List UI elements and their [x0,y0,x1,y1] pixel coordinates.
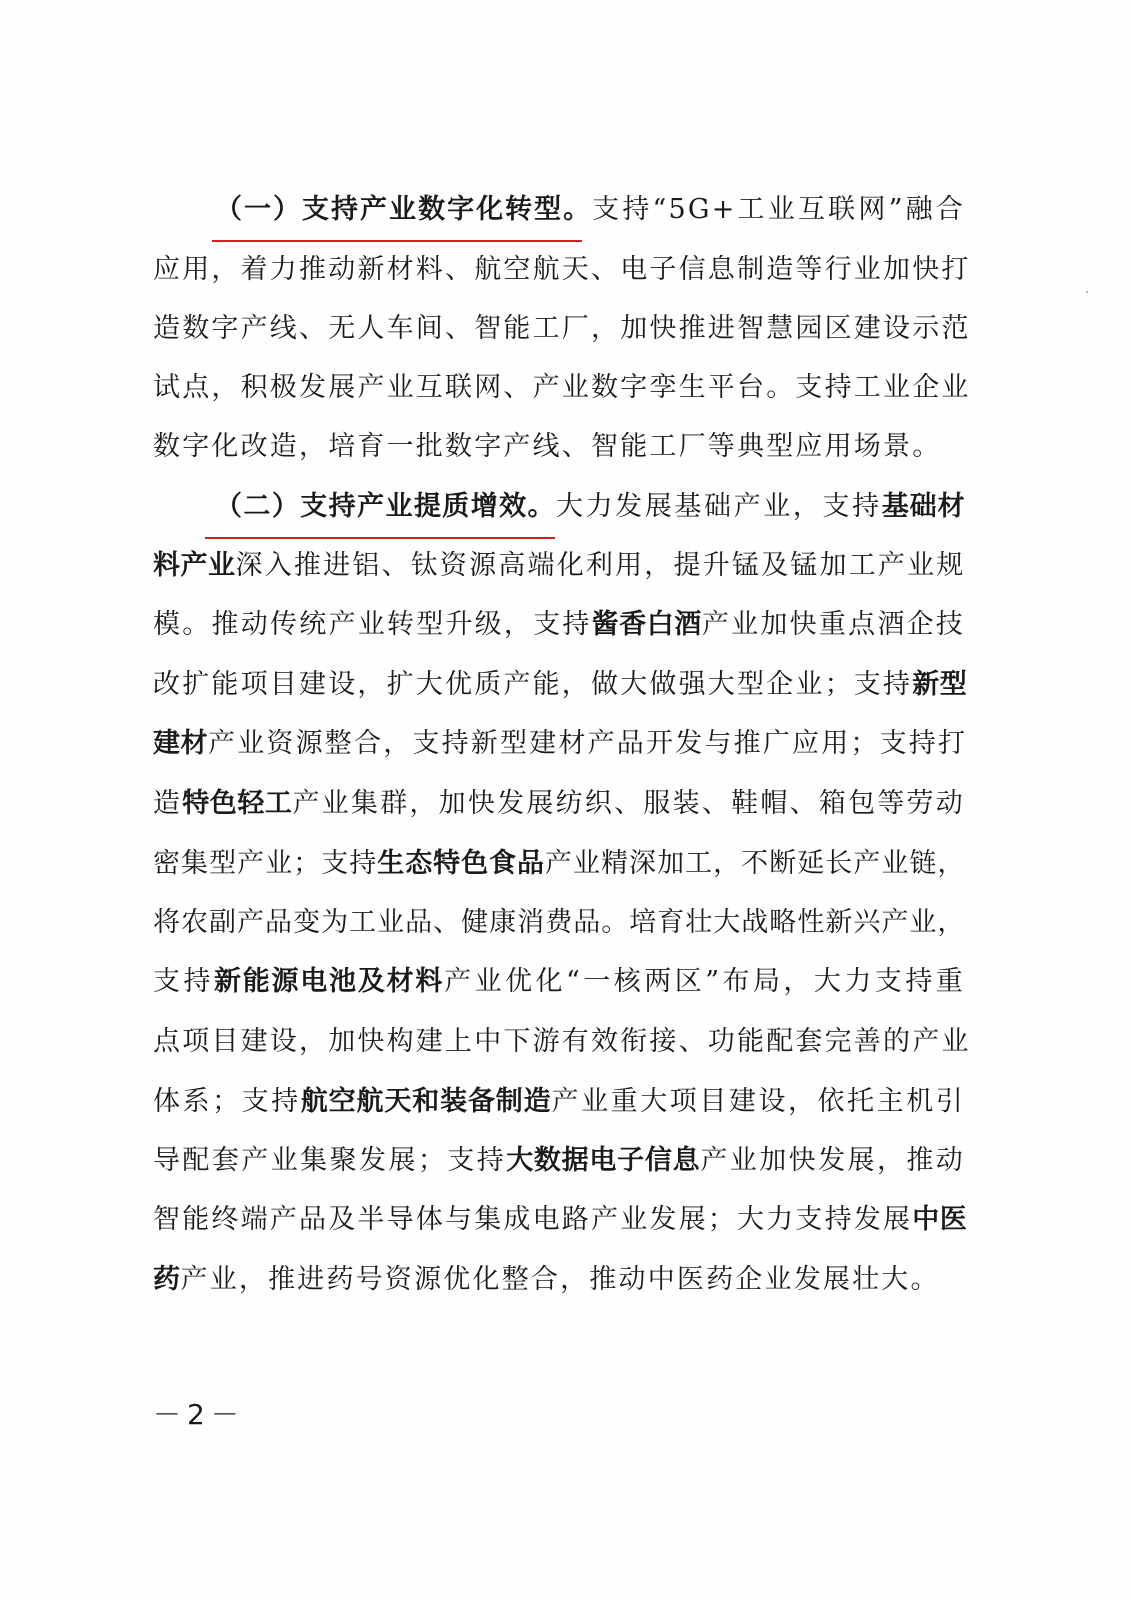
section2-line-10: 点项目建设，加快构建上中下游有效衔接、功能配套完善的产业 [153,1020,965,1064]
scan-speck [1086,291,1088,293]
section2-line-13: 智能终端产品及半导体与集成电路产业发展；大力支持发展中医 [153,1198,965,1242]
section2-line-7: 密集型产业；支持生态特色食品产业精深加工，不断延长产业链， [153,842,965,886]
section1-line-4: 试点，积极发展产业互联网、产业数字孪生平台。支持工业企业 [153,366,965,410]
section1-line-1: （一）支持产业数字化转型。支持“5G+工业互联网”融合 [153,188,965,232]
section2-line-12: 导配套产业集聚发展；支持大数据电子信息产业加快发展，推动 [153,1139,965,1183]
section2-line-14: 药产业，推进药号资源优化整合，推动中医药企业发展壮大。 [153,1258,965,1302]
red-underline-section1 [212,240,582,242]
section2-line-9: 支持新能源电池及材料产业优化“一核两区”布局，大力支持重 [153,960,965,1004]
section2-line-8: 将农副产品变为工业品、健康消费品。培育壮大战略性新兴产业， [153,901,965,945]
red-underline-section2 [205,537,555,539]
section2-line-4: 改扩能项目建设，扩大优质产能，做大做强大型企业；支持新型 [153,663,965,707]
section2-line-5: 建材产业资源整合，支持新型建材产品开发与推广应用；支持打 [153,722,965,766]
section1-line-2: 应用，着力推动新材料、航空航天、电子信息制造等行业加快打 [153,248,965,292]
section2-line-11: 体系；支持航空航天和装备制造产业重大项目建设，依托主机引 [153,1080,965,1124]
section2-line-3: 模。推动传统产业转型升级，支持酱香白酒产业加快重点酒企技 [153,603,965,647]
section1-line-5: 数字化改造，培育一批数字产线、智能工厂等典型应用场景。 [153,425,965,469]
section2-heading: （二）支持产业提质增效。 [215,491,556,522]
section2-line-6: 造特色轻工产业集群，加快发展纺织、服装、鞋帽、箱包等劳动 [153,782,965,826]
section1-line-3: 造数字产线、无人车间、智能工厂，加快推进智慧园区建设示范 [153,307,965,351]
section2-line-2: 料产业深入推进铝、钛资源高端化利用，提升锰及锰加工产业规 [153,544,965,588]
document-page: （一）支持产业数字化转型。支持“5G+工业互联网”融合 应用，着力推动新材料、航… [0,0,1131,1600]
section2-line-1: （二）支持产业提质增效。大力发展基础产业，支持基础材 [153,485,965,529]
section1-heading: （一）支持产业数字化转型。 [215,194,592,225]
page-number: －2－ [153,1393,245,1433]
